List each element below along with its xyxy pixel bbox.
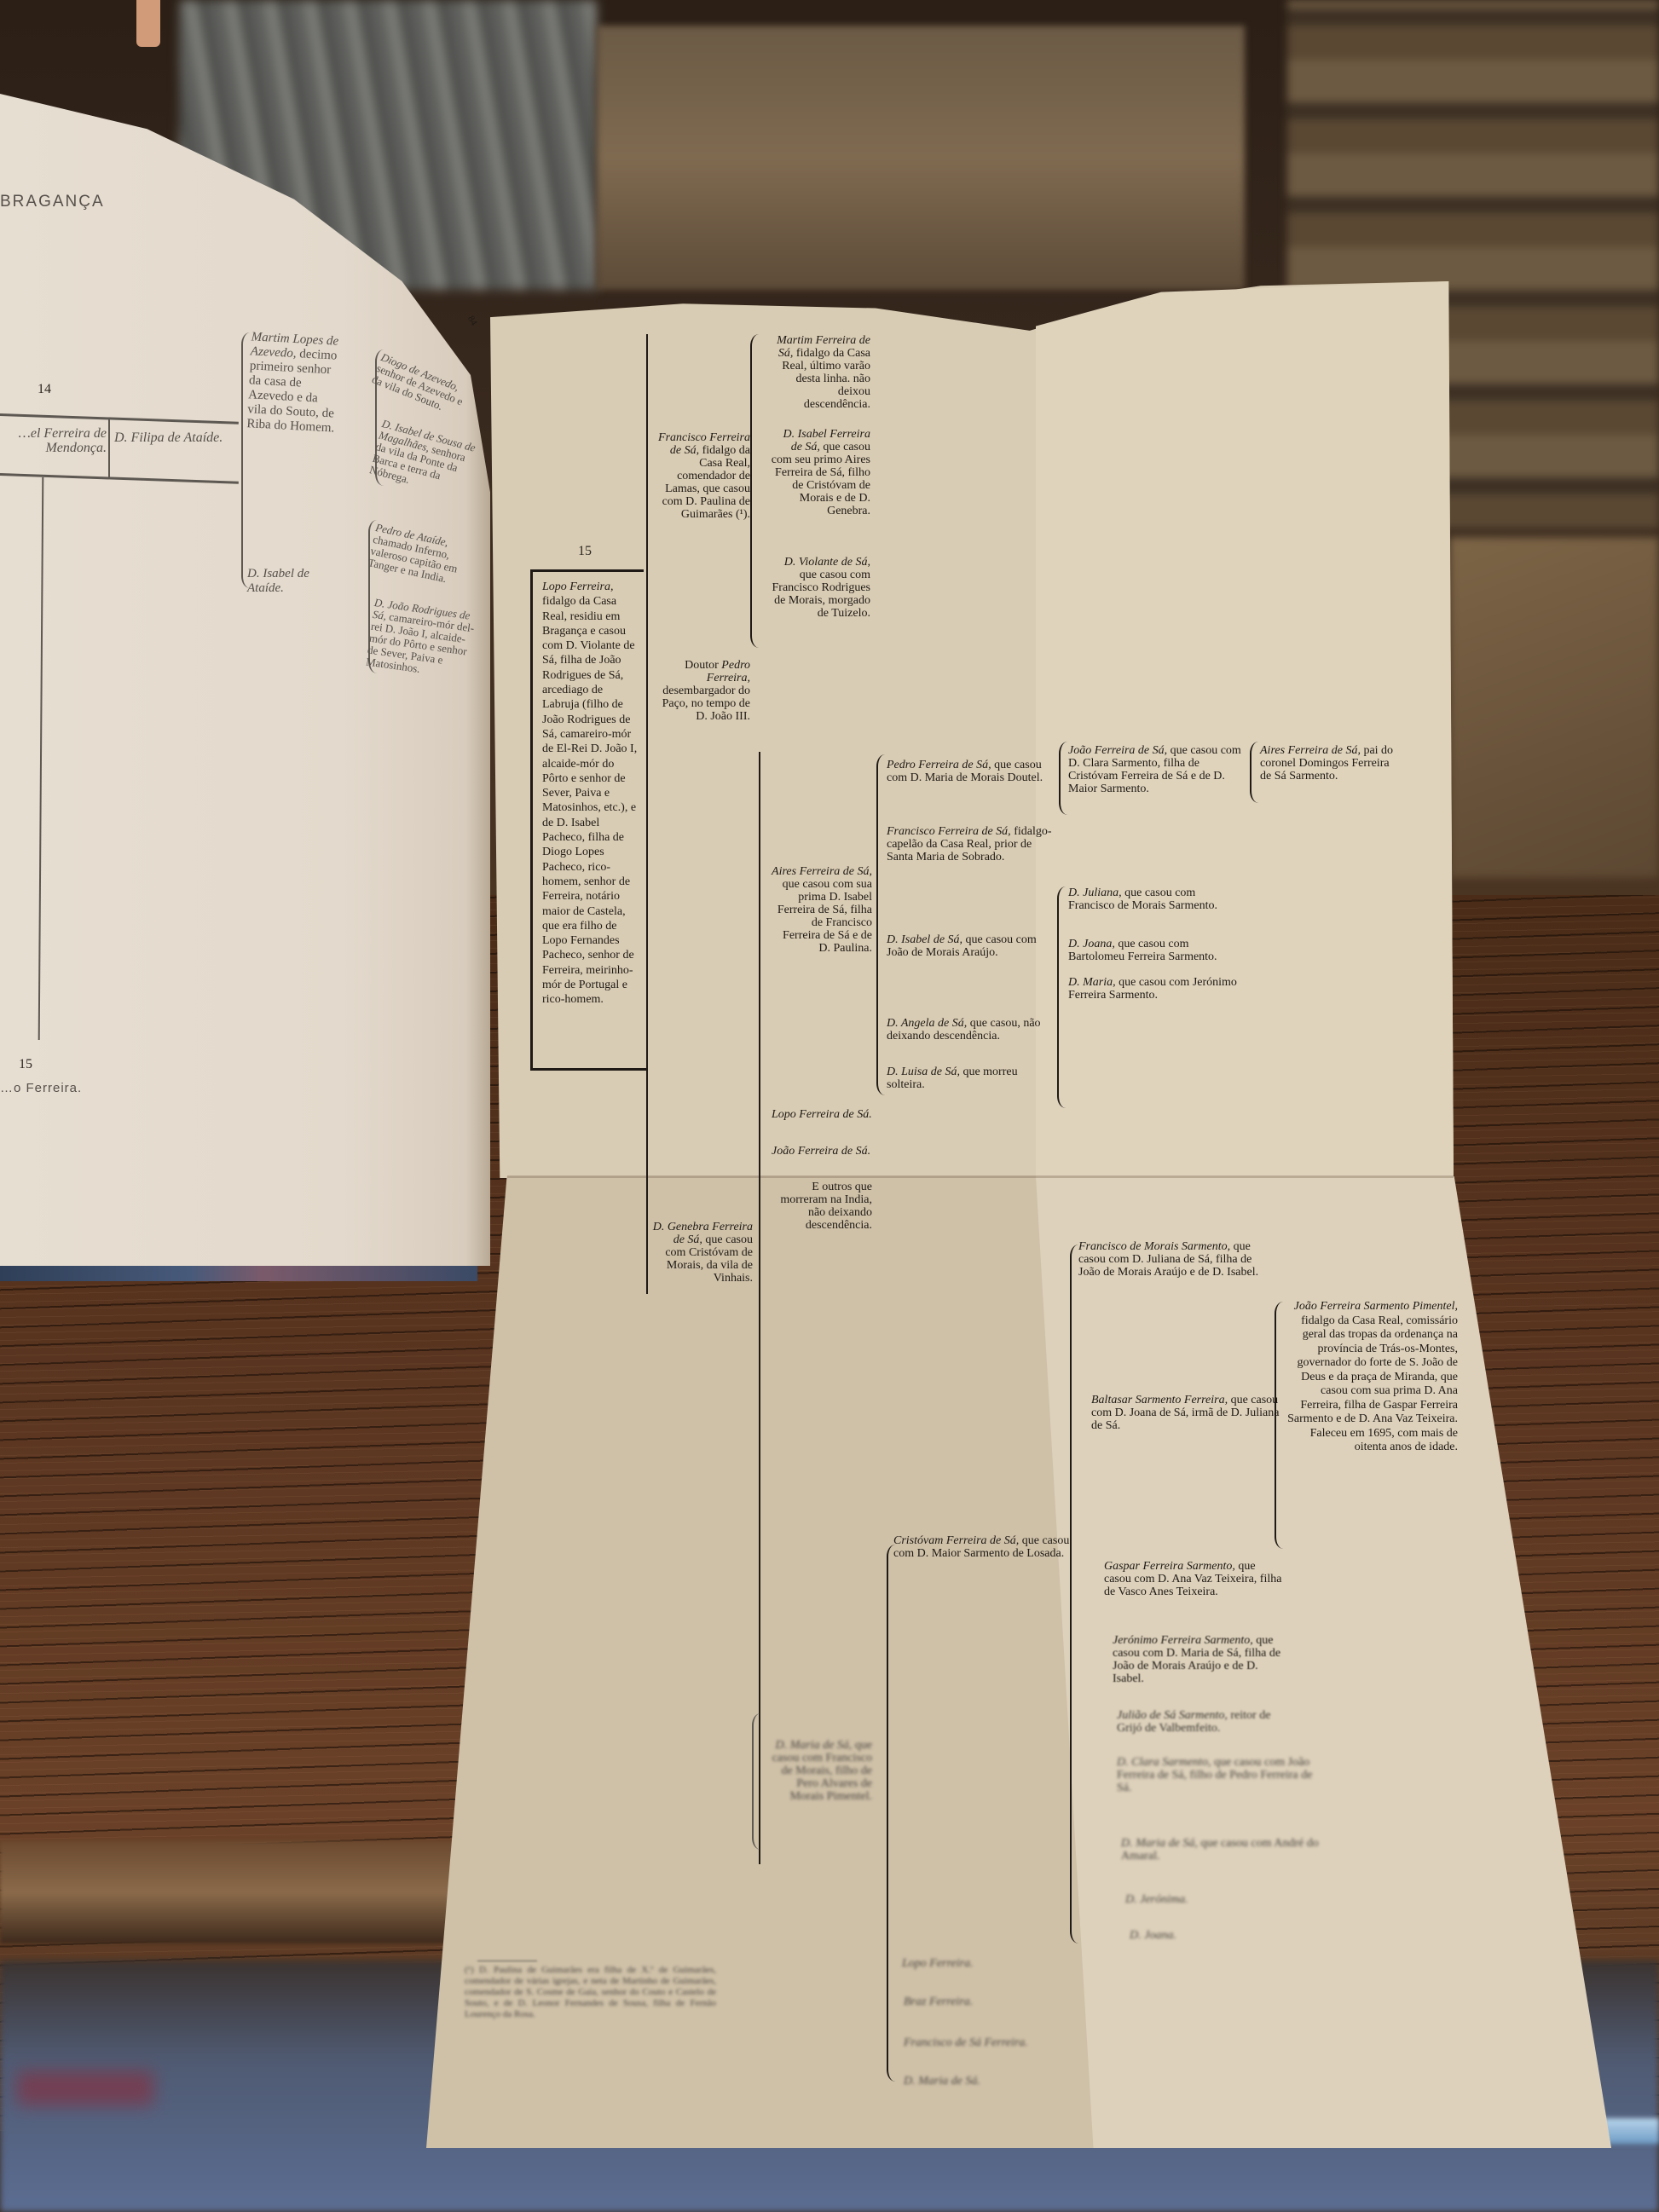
foldout-top-right-panel: [1036, 281, 1454, 1178]
bracket: [1057, 887, 1066, 1108]
bracket: [876, 754, 885, 1095]
bracket: [1250, 742, 1258, 803]
generation-label-15: 15: [578, 544, 592, 559]
entry-joao-ferreira-sa-clara: João Ferreira de Sá, que casou com D. Cl…: [1068, 744, 1243, 795]
horizontal-fold-crease: [507, 1175, 1454, 1178]
bracket: [1059, 742, 1067, 815]
entry-braz-ferreira: Braz Ferreira.: [904, 1995, 1091, 2009]
table-edge: [0, 1841, 477, 1943]
entry-francisco-sa-ferreira: Francisco de Sá Ferreira.: [904, 2036, 1100, 2050]
entry-maria: D. Maria, que casou com Jerónimo Ferreir…: [1068, 976, 1243, 1002]
entry-joana: D. Joana, que casou com Bartolomeu Ferre…: [1068, 938, 1243, 963]
rug-detail: [17, 2071, 153, 2105]
entry-aires-ferreira-sa: Aires Ferreira de Sá, que casou com sua …: [772, 865, 872, 955]
entry-juliao-sa-sarmento: Julião de Sá Sarmento, reitor de Grijó d…: [1117, 1709, 1296, 1735]
entry-francisco-ferreira-sa-capelao: Francisco Ferreira de Sá, fidalgo-capelã…: [887, 825, 1053, 863]
entry-clara-sarmento: D. Clara Sarmento, que casou com João Fe…: [1117, 1756, 1321, 1794]
entry-martim-lopes: Martim Lopes de Azevedo, decimo primeiro…: [246, 330, 341, 436]
entry-joao-rodrigues: D. João Rodrigues de Sá, camareiro-mór d…: [365, 597, 483, 683]
entry-jeronimo-ferreira-sarmento: Jerónimo Ferreira Sarmento, que casou co…: [1113, 1634, 1292, 1685]
entry-baltasar-sarmento: Baltasar Sarmento Ferreira, que casou co…: [1091, 1394, 1280, 1432]
entry-cristovam-ferreira-sa: Cristóvam Ferreira de Sá, que casou com …: [893, 1534, 1085, 1560]
background-book-lower-right: [1449, 537, 1659, 878]
bracket: [752, 1713, 760, 1850]
bookmark-ribbon: [136, 0, 160, 47]
entry-francisco-ferreira-sa: Francisco Ferreira de Sá, fidalgo da Cas…: [656, 431, 750, 521]
entry-violante-sa: D. Violante de Sá, que casou com Francis…: [770, 556, 870, 620]
entry-maria-de-sa-morais: D. Maria de Sá, que casou com Francisco …: [763, 1739, 872, 1803]
background-book-tan: [597, 26, 1245, 290]
entry-francisco-morais-sarmento: Francisco de Morais Sarmento, que casou …: [1078, 1240, 1266, 1279]
entry-joao-ferreira-sarmento-pimentel: João Ferreira Sarmento Pimentel, fidalgo…: [1283, 1300, 1458, 1455]
entry-lopo-ferreira-2: Lopo Ferreira.: [902, 1956, 1090, 1971]
bracket: [887, 1545, 895, 2082]
entry-isabel-ataide: D. Isabel de Ataíde.: [247, 567, 332, 596]
bracket: [241, 332, 250, 588]
entry-isabel-ferreira-sa: D. Isabel Ferreira de Sá, que casou com …: [770, 428, 870, 517]
entry-maria-de-sa-amaral: D. Maria de Sá, que casou com André do A…: [1121, 1837, 1326, 1863]
bracket: [750, 334, 759, 648]
entry-luisa-de-sa: D. Luisa de Sá, que morreu solteira.: [887, 1066, 1053, 1091]
entry-lopo-ferreira: Lopo Ferreira, fidalgo da Casa Real, res…: [542, 580, 641, 1008]
footnote-rule: [477, 1961, 537, 1961]
sibling-line: [646, 334, 648, 1294]
entry-gaspar-ferreira-sarmento: Gaspar Ferreira Sarmento, que casou com …: [1104, 1560, 1283, 1598]
generation-label-14: 14: [38, 382, 51, 397]
entry-martim-ferreira-sa: Martim Ferreira de Sá, fidalgo da Casa R…: [770, 334, 870, 411]
entry-juliana: D. Juliana, que casou com Francisco de M…: [1068, 887, 1243, 912]
bracket: [1275, 1302, 1283, 1549]
entry-pedro-ferreira-doutor: Doutor Pedro Ferreira, desembargador do …: [656, 659, 750, 723]
entry-jeronima: D. Jerónima.: [1125, 1892, 1296, 1907]
header-cell-filipa: D. Filipa de Ataíde.: [114, 430, 234, 445]
generation-label-15: 15: [19, 1057, 32, 1072]
entry-joana-2: D. Joana.: [1130, 1928, 1300, 1943]
entry-joao-ferreira-sa-short: João Ferreira de Sá.: [772, 1145, 872, 1158]
entry-genebra-ferreira: D. Genebra Ferreira de Sá, que casou com…: [652, 1221, 753, 1285]
entry-maria-de-sa-2: D. Maria de Sá.: [904, 2074, 1091, 2088]
sibling-line: [759, 752, 760, 1864]
entry-outros: E outros que morreram na India, não deix…: [772, 1181, 872, 1232]
entry-angela-de-sa: D. Angela de Sá, que casou, não deixando…: [887, 1017, 1053, 1042]
footnote: (¹) D. Paulina de Guimarães era filha de…: [465, 1965, 716, 2020]
bracket: [1070, 1245, 1078, 1943]
table-divider: [108, 418, 110, 477]
entry-aires-pai-coronel: Aires Ferreira de Sá, pai do coronel Dom…: [1260, 744, 1403, 783]
header-cell-mendonca: …el Ferreira de Mendonça.: [0, 426, 107, 455]
entry-isabel-de-sa: D. Isabel de Sá, que casou com João de M…: [887, 933, 1053, 959]
entry-lopo-ferreira-sa: Lopo Ferreira de Sá.: [772, 1108, 872, 1121]
entry-pedro-ferreira-sa: Pedro Ferreira de Sá, que casou com D. M…: [887, 759, 1053, 784]
bottom-name: …o Ferreira.: [0, 1081, 82, 1095]
running-head: BRAGANÇA: [0, 194, 105, 209]
